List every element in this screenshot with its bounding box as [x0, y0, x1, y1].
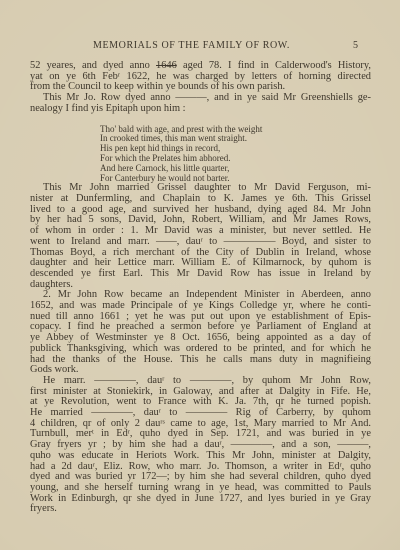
book-page: MEMORIALS OF THE FAMILY OF ROW. 5 52 yea… [0, 0, 400, 550]
epitaph-poem: Tho' bald with age, and prest with the w… [100, 125, 371, 184]
running-header: MEMORIALS OF THE FAMILY OF ROW. 5 [30, 40, 371, 53]
text-line: fryers. [30, 504, 371, 515]
paragraph: He marr. ————, daur to ————, by quhom Mr… [30, 376, 371, 515]
paragraph: This Mr Jo. Row dyed anno ———, and in ye… [30, 93, 371, 114]
text-line: quho was educate in Heriots Work. This M… [30, 451, 371, 462]
page-title: MEMORIALS OF THE FAMILY OF ROW. [93, 40, 290, 51]
text-line: descended ye first Earl. This Mr David R… [30, 269, 371, 280]
text-line: nealogy I find yis Epitaph upon him : [30, 104, 371, 115]
paragraph: 52 yeares, and dyed anno 1646 aged 78. I… [30, 61, 371, 93]
page-number: 5 [353, 40, 358, 51]
paragraph: 2. Mr John Row became an Independent Min… [30, 290, 371, 376]
text-line: had the thanks of the House. This he cal… [30, 355, 371, 366]
text-line: went to Ireland and marr. ——, daur to ——… [30, 237, 371, 248]
text-line: Work in Edinburgh, qr she dyed in June 1… [30, 494, 371, 505]
text-line: publick Thanksgiving, which was ordered … [30, 344, 371, 355]
paragraph: This Mr John married Grissel daughter to… [30, 183, 371, 290]
page-body: 52 yeares, and dyed anno 1646 aged 78. I… [30, 61, 371, 515]
